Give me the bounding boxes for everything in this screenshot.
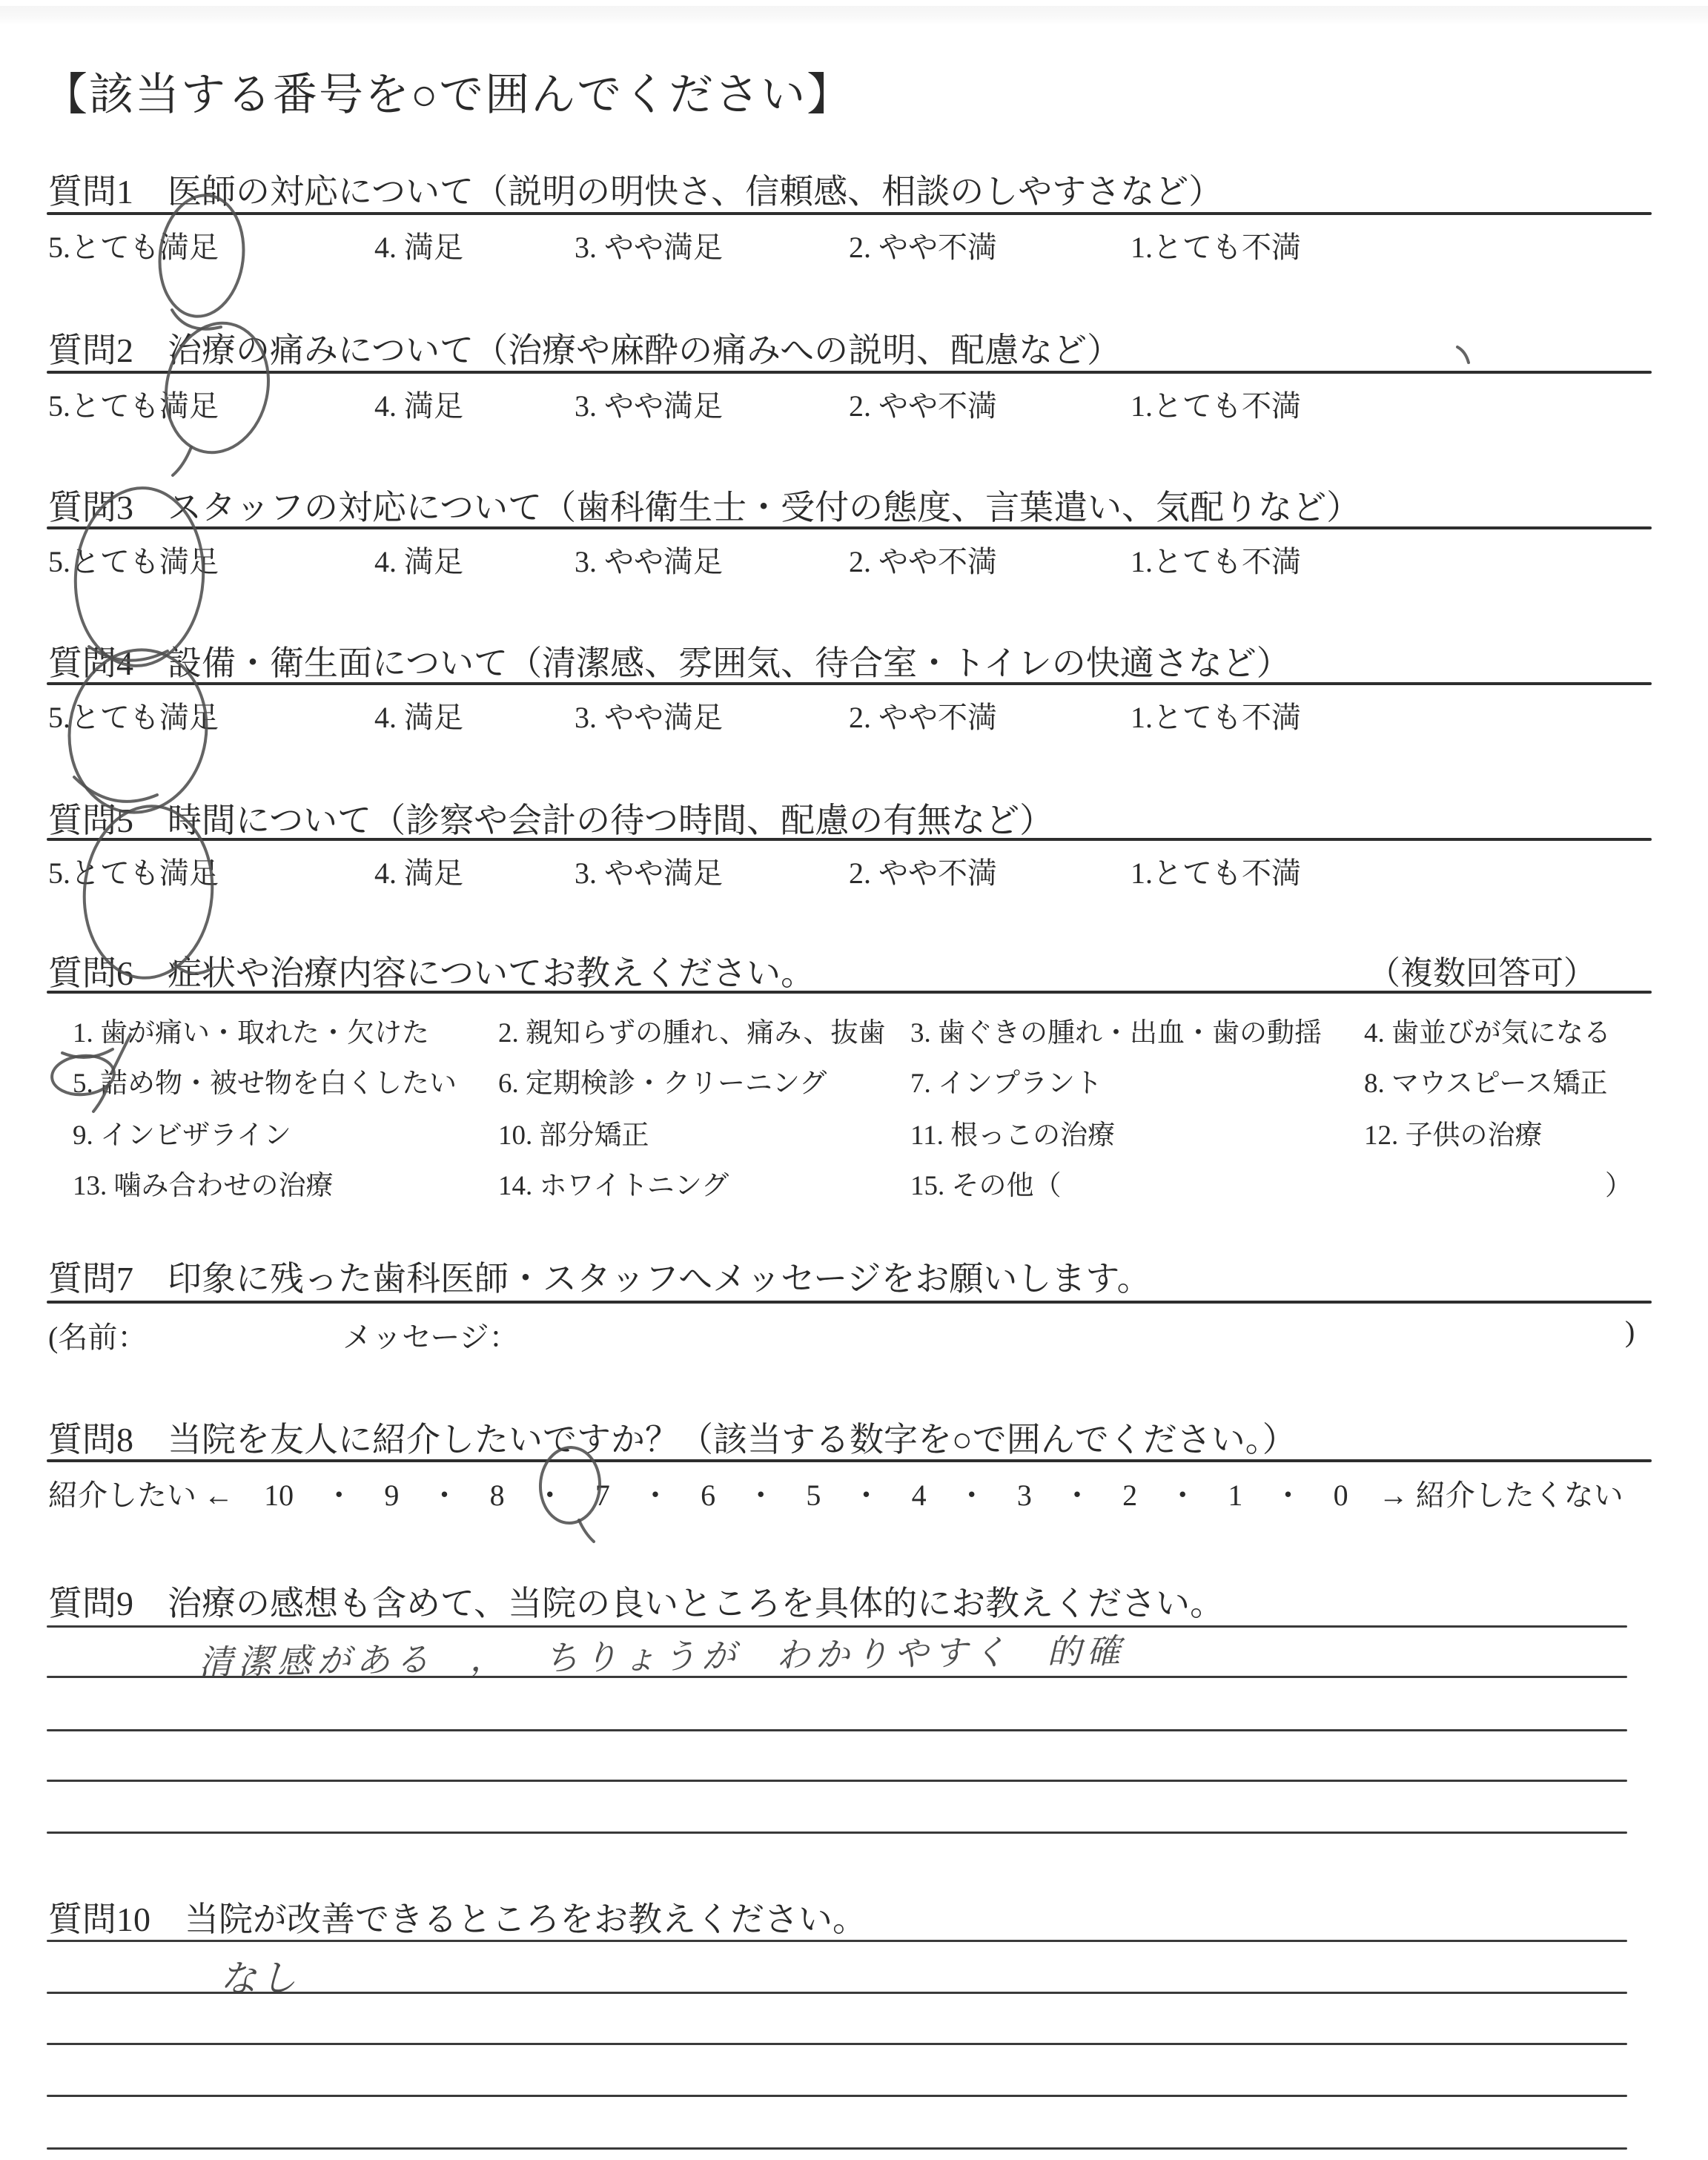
question-8-text: 当院を友人に紹介したいですか？（該当する数字を○で囲んでください。） bbox=[168, 1421, 1297, 1459]
q8-number-7: 7 bbox=[595, 1478, 610, 1513]
q8-dot: ・ bbox=[1274, 1472, 1303, 1514]
question-9-number: 質問9 bbox=[48, 1576, 133, 1625]
question-2-options: 5.とても満足 4. 満足 3. やや満足 2. やや不満 1.とても不満 bbox=[48, 383, 1664, 424]
q5-option-1: 1.とても不満 bbox=[1131, 850, 1301, 892]
q4-option-1: 1.とても不満 bbox=[1131, 694, 1301, 736]
q8-number-9: 9 bbox=[384, 1478, 399, 1513]
question-7-answer-row: (名前： メッセージ： ) bbox=[0, 1314, 1708, 1358]
q6-item-15-close-paren: ） bbox=[1605, 1163, 1632, 1203]
q6-item-8: 8. マウスピース矯正 bbox=[1364, 1060, 1608, 1100]
q6-item-13: 13. 噛み合わせの治療 bbox=[73, 1163, 334, 1203]
q8-number-1: 1 bbox=[1228, 1478, 1242, 1513]
q1-option-4: 4. 満足 bbox=[374, 224, 463, 266]
q2-option-5: 5.とても満足 bbox=[48, 383, 219, 425]
q8-dot: ・ bbox=[640, 1472, 670, 1514]
question-5-title: 質問5時間について（診察や会計の待つ時間、配慮の有無など） bbox=[48, 793, 1053, 842]
question-7-number: 質問7 bbox=[48, 1252, 133, 1301]
q2-option-1: 1.とても不満 bbox=[1131, 383, 1301, 425]
q8-number-5: 5 bbox=[806, 1478, 821, 1513]
question-5-options: 5.とても満足 4. 満足 3. やや満足 2. やや不満 1.とても不満 bbox=[48, 850, 1664, 891]
q10-writing-line-5 bbox=[47, 2147, 1627, 2150]
question-3-rule bbox=[47, 526, 1652, 529]
q6-item-10: 10. 部分矯正 bbox=[498, 1112, 649, 1152]
q3-option-1: 1.とても不満 bbox=[1131, 538, 1301, 581]
q10-handwritten-answer: なし bbox=[219, 1948, 299, 2003]
q6-item-6: 6. 定期検診・クリーニング bbox=[498, 1060, 827, 1100]
q6-item-14: 14. ホワイトニング bbox=[498, 1163, 729, 1203]
question-8-number: 質問8 bbox=[48, 1413, 133, 1462]
question-8-rule bbox=[47, 1459, 1652, 1462]
q8-circle-tail bbox=[579, 1520, 594, 1542]
page-title: 【該当する番号を○で囲んでください】 bbox=[43, 59, 853, 123]
question-3-options: 5.とても満足 4. 満足 3. やや満足 2. やや不満 1.とても不満 bbox=[48, 538, 1664, 580]
question-2-title: 質問2治療の痛みについて（治療や麻酔の痛みへの説明、配慮など） bbox=[48, 323, 1121, 372]
q2-stray-pen-mark bbox=[1457, 347, 1469, 363]
q4-option-4: 4. 満足 bbox=[374, 694, 463, 736]
question-10-text: 当院が改善できるところをお教えください。 bbox=[185, 1900, 867, 1938]
q6-item-11: 11. 根っこの治療 bbox=[910, 1112, 1115, 1152]
q5-option-2: 2. やや不満 bbox=[849, 850, 997, 892]
q6-item-3: 3. 歯ぐきの腫れ・出血・歯の動揺 bbox=[910, 1010, 1322, 1050]
question-4-rule bbox=[47, 682, 1652, 685]
q9-writing-line-4 bbox=[47, 1780, 1627, 1782]
question-4-title: 質問4設備・衛生面について（清潔感、雰囲気、待合室・トイレの快適さなど） bbox=[48, 636, 1291, 685]
q8-number-3: 3 bbox=[1017, 1478, 1032, 1513]
question-1-rule bbox=[47, 212, 1652, 215]
question-7-rule bbox=[47, 1301, 1652, 1304]
question-5-text: 時間について（診察や会計の待つ時間、配慮の有無など） bbox=[168, 802, 1053, 839]
q4-option-5: 5.とても満足 bbox=[48, 694, 219, 736]
q3-option-5: 5.とても満足 bbox=[48, 538, 219, 581]
q3-option-4: 4. 満足 bbox=[374, 538, 463, 581]
question-10-title: 質問10当院が改善できるところをお教えください。 bbox=[48, 1892, 867, 1941]
survey-form-page: 【該当する番号を○で囲んでください】 質問1医師の対応について（説明の明快さ、信… bbox=[0, 0, 1708, 2160]
q8-number-4: 4 bbox=[912, 1478, 927, 1513]
question-5-number: 質問5 bbox=[48, 793, 133, 842]
q3-option-2: 2. やや不満 bbox=[849, 538, 997, 581]
q6-item1-underline-mark bbox=[62, 1049, 113, 1057]
q8-dot: ・ bbox=[852, 1472, 881, 1514]
question-2-text: 治療の痛みについて（治療や麻酔の痛みへの説明、配慮など） bbox=[168, 331, 1121, 369]
q7-name-label: (名前： bbox=[48, 1314, 147, 1356]
question-6-number: 質問6 bbox=[48, 946, 133, 995]
q6-item-4: 4. 歯並びが気になる bbox=[1364, 1010, 1611, 1050]
question-8-scale: 紹介したい ← 10 ・ 9 ・ 8 ・ 7 ・ 6 ・ 5 ・ 4 ・ 3 ・… bbox=[48, 1472, 1623, 1514]
question-1-text: 医師の対応について（説明の明快さ、信頼感、相談のしやすさなど） bbox=[168, 173, 1222, 211]
q8-label-not-refer: → 紹介したくない bbox=[1379, 1472, 1623, 1514]
question-4-options: 5.とても満足 4. 満足 3. やや満足 2. やや不満 1.とても不満 bbox=[48, 694, 1664, 736]
q8-dot: ・ bbox=[746, 1472, 775, 1514]
q8-number-2: 2 bbox=[1122, 1478, 1137, 1513]
question-1-title: 質問1医師の対応について（説明の明快さ、信頼感、相談のしやすさなど） bbox=[48, 165, 1222, 214]
q5-option-5: 5.とても満足 bbox=[48, 850, 219, 892]
q8-number-6: 6 bbox=[701, 1478, 715, 1513]
question-6-title: 質問6症状や治療内容についてお教えください。 bbox=[48, 946, 815, 995]
q10-writing-line-4 bbox=[47, 2095, 1627, 2097]
question-8-title: 質問8当院を友人に紹介したいですか？（該当する数字を○で囲んでください。） bbox=[48, 1413, 1297, 1462]
q9-writing-line-5 bbox=[47, 1832, 1627, 1834]
question-7-title: 質問7印象に残った歯科医師・スタッフへメッセージをお願いします。 bbox=[48, 1252, 1151, 1301]
q3-option-3: 3. やや満足 bbox=[575, 538, 723, 581]
q8-dot: ・ bbox=[957, 1472, 987, 1514]
q8-dot: ・ bbox=[1168, 1472, 1197, 1514]
q8-number-10: 10 bbox=[264, 1478, 294, 1513]
q2-option-3: 3. やや満足 bbox=[575, 383, 723, 425]
q1-option-5: 5.とても満足 bbox=[48, 224, 219, 266]
q8-dot: ・ bbox=[535, 1472, 565, 1514]
question-6-text: 症状や治療内容についてお教えください。 bbox=[168, 954, 815, 992]
question-1-number: 質問1 bbox=[48, 165, 133, 214]
q5-option-4: 4. 満足 bbox=[374, 850, 463, 892]
question-1-options: 5.とても満足 4. 満足 3. やや満足 2. やや不満 1.とても不満 bbox=[48, 224, 1664, 265]
scan-artifact-band bbox=[0, 6, 1708, 25]
question-4-text: 設備・衛生面について（清潔感、雰囲気、待合室・トイレの快適さなど） bbox=[168, 644, 1291, 682]
q6-item-9: 9. インビザライン bbox=[73, 1112, 291, 1152]
q2-circle-tail bbox=[173, 447, 191, 475]
q6-item-5: 5. 詰め物・被せ物を白くしたい bbox=[73, 1060, 457, 1100]
q5-option-3: 3. やや満足 bbox=[575, 850, 723, 892]
q6-item-2: 2. 親知らずの腫れ、痛み、抜歯 bbox=[498, 1010, 885, 1050]
q8-number-8: 8 bbox=[490, 1478, 505, 1513]
q8-dot: ・ bbox=[1062, 1472, 1092, 1514]
q8-dot: ・ bbox=[324, 1472, 354, 1514]
question-9-text: 治療の感想も含めて、当院の良いところを具体的にお教えください。 bbox=[168, 1585, 1224, 1622]
q8-dot: ・ bbox=[430, 1472, 460, 1514]
q6-item-7: 7. インプラント bbox=[910, 1060, 1102, 1100]
question-3-title: 質問3スタッフの対応について（歯科衛生士・受付の態度、言葉遣い、気配りなど） bbox=[48, 480, 1360, 529]
question-2-rule bbox=[47, 371, 1652, 374]
question-3-number: 質問3 bbox=[48, 480, 133, 529]
q6-item-15: 15. その他（ bbox=[910, 1163, 1062, 1203]
q9-writing-line-3 bbox=[47, 1729, 1627, 1731]
question-6-note: （複数回答可） bbox=[1368, 946, 1596, 994]
question-7-text: 印象に残った歯科医師・スタッフへメッセージをお願いします。 bbox=[168, 1260, 1151, 1298]
q1-option-2: 2. やや不満 bbox=[849, 224, 997, 266]
q6-item-12: 12. 子供の治療 bbox=[1364, 1112, 1543, 1152]
question-5-rule bbox=[47, 838, 1652, 841]
q4-option-2: 2. やや不満 bbox=[849, 694, 997, 736]
question-3-text: スタッフの対応について（歯科衛生士・受付の態度、言葉遣い、気配りなど） bbox=[168, 489, 1360, 526]
q1-option-3: 3. やや満足 bbox=[575, 224, 723, 266]
question-2-number: 質問2 bbox=[48, 323, 133, 372]
question-9-title: 質問9治療の感想も含めて、当院の良いところを具体的にお教えください。 bbox=[48, 1576, 1224, 1625]
q4-option-3: 3. やや満足 bbox=[575, 694, 723, 736]
question-6-rule bbox=[47, 991, 1652, 994]
q10-writing-line-1 bbox=[47, 1940, 1627, 1942]
question-4-number: 質問4 bbox=[48, 636, 133, 685]
q2-option-2: 2. やや不満 bbox=[849, 383, 997, 425]
q8-label-want-to-refer: 紹介したい ← bbox=[48, 1472, 234, 1514]
q7-close-paren: ) bbox=[1625, 1314, 1635, 1349]
q10-writing-line-2 bbox=[47, 1992, 1627, 1994]
q9-writing-line-2 bbox=[47, 1676, 1627, 1678]
q10-writing-line-3 bbox=[47, 2043, 1627, 2045]
q2-option-4: 4. 満足 bbox=[374, 383, 463, 425]
q8-number-0: 0 bbox=[1334, 1478, 1348, 1513]
q7-message-label: メッセージ： bbox=[342, 1314, 519, 1356]
q1-option-1: 1.とても不満 bbox=[1131, 224, 1301, 266]
question-10-number: 質問10 bbox=[48, 1892, 150, 1941]
q6-item-1: 1. 歯が痛い・取れた・欠けた bbox=[73, 1010, 429, 1050]
